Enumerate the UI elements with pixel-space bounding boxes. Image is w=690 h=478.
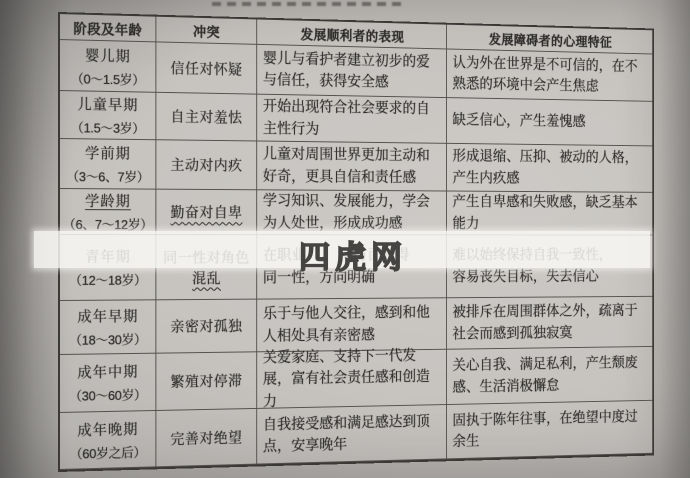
- negative-cell: 被排斥在周围群体之外，疏离于社会而感到孤独寂寞: [447, 297, 652, 350]
- positive-cell: 自我接受感和满足感达到顶点，安享晚年: [257, 405, 447, 465]
- negative-cell: 形成退缩、压抑、被动的人格，产生内疚感: [447, 144, 652, 193]
- conflict-label-bottom-wavy-underlined: 混乱: [192, 267, 221, 288]
- conflict-label: 繁殖对停滞: [170, 370, 242, 392]
- stage-name-underlined: 学龄期: [85, 190, 131, 211]
- negative-text-bottom: 容易丧失目标，失去信心: [452, 266, 598, 288]
- positive-text: 学习知识、发展能力，学会为人处世，形成成功感: [263, 190, 441, 234]
- positive-text: 婴儿与看护者建立初步的爱与信任，获得安全感: [263, 47, 441, 94]
- negative-cell: 固执于陈年往事，在绝望中度过余生: [447, 401, 652, 460]
- conflict-label: 自主对羞怯: [170, 106, 242, 128]
- positive-text: 自我接受感和满足感达到顶点，安享晚年: [263, 410, 441, 458]
- header-conflict: 冲突: [156, 17, 257, 45]
- conflict-label: 信任对怀疑: [170, 57, 242, 79]
- stage-name: 成年晚期: [77, 418, 138, 440]
- positive-cell: 开始出现符合社会要求的自主性行为: [257, 95, 447, 144]
- stage-name: 儿童早期: [77, 93, 138, 115]
- positive-cell: 学习知识、发展能力，学会为人处世，形成成功感: [257, 190, 447, 235]
- age-range: （18～30岁）: [69, 329, 146, 349]
- negative-text: 产生自卑感和失败感，缺乏基本能力: [452, 192, 647, 235]
- age-range: （3～6、7岁）: [66, 166, 149, 186]
- negative-cell: 缺乏信心，产生羞愧感: [447, 98, 652, 146]
- conflict-cell: 完善对绝望: [156, 409, 257, 467]
- stage-name: 学前期: [85, 142, 131, 163]
- stage-name: 成年早期: [77, 305, 138, 326]
- conflict-cell: 信任对怀疑: [156, 42, 257, 94]
- negative-text: 被排斥在周围群体之外，疏离于社会而感到孤独寂寞: [452, 301, 647, 345]
- positive-text: 关爱家庭、支持下一代发展，富有社会责任感和创造力: [263, 345, 441, 413]
- stage-cell: 成年中期 （30～60岁）: [60, 354, 156, 413]
- age-range: （1.5～3岁）: [71, 117, 145, 137]
- conflict-cell: 繁殖对停滞: [156, 352, 257, 411]
- positive-text: 乐于与他人交往，感到和他人相处具有亲密感: [263, 302, 441, 347]
- negative-text: 固执于陈年往事，在绝望中度过余生: [452, 406, 647, 453]
- stage-name: 成年中期: [77, 361, 138, 383]
- age-range: （12～18岁）: [69, 270, 146, 289]
- stage-cell: 婴儿期 （0～1.5岁）: [60, 40, 156, 93]
- negative-cell: 认为外在世界是不可信的，在不熟悉的环境中会产生焦虑: [447, 49, 652, 101]
- negative-cell: 产生自卑感和失败感，缺乏基本能力: [447, 191, 652, 235]
- positive-cell: 婴儿与看护者建立初步的爱与信任，获得安全感: [257, 45, 447, 98]
- stage-name: 婴儿期: [85, 44, 131, 66]
- watermark-text: 四虎网: [299, 232, 407, 277]
- negative-cell: 关心自我、满足私利，产生颓废感、生活消极懈怠: [447, 347, 652, 405]
- positive-cell: 关爱家庭、支持下一代发展，富有社会责任感和创造力: [257, 350, 447, 409]
- stage-cell: 儿童早期 （1.5～3岁）: [60, 91, 156, 140]
- conflict-label-wavy-underlined: 勤奋对自卑: [170, 202, 242, 223]
- conflict-cell: 主动对内疚: [156, 140, 257, 190]
- stage-cell: 学龄期 （6、7～12岁）: [60, 189, 156, 235]
- photographed-textbook-page: 阶段及年龄 冲突 发展顺利者的表现 发展障碍者的心理特征 婴儿期 （0～1.5岁…: [0, 0, 690, 478]
- positive-text: 儿童对周围世界更加主动和好奇，更具自信和责任感: [263, 143, 441, 188]
- conflict-cell: 自主对羞怯: [156, 93, 257, 142]
- age-range: （30～60岁）: [69, 384, 146, 404]
- stage-cell: 学前期 （3～6、7岁）: [60, 139, 156, 190]
- age-range: （0～1.5岁）: [71, 68, 145, 88]
- cropped-caption-glyphs: [212, 2, 404, 6]
- stage-cell: 成年早期 （18～30岁）: [60, 300, 156, 355]
- conflict-label: 主动对内疚: [170, 154, 242, 175]
- negative-text: 形成退缩、压抑、被动的人格，产生内疚感: [452, 146, 647, 190]
- conflict-label: 亲密对孤独: [170, 315, 242, 336]
- conflict-cell: 亲密对孤独: [156, 300, 257, 354]
- positive-text: 开始出现符合社会要求的自主性行为: [263, 96, 441, 142]
- negative-text: 认为外在世界是不可信的，在不熟悉的环境中会产生焦虑: [452, 52, 647, 98]
- negative-text: 关心自我、满足私利，产生颓废感、生活消极懈怠: [452, 353, 647, 399]
- header-stage-age: 阶段及年龄: [60, 14, 156, 42]
- stage-cell: 成年晚期 （60岁之后）: [60, 411, 156, 470]
- conflict-cell: 勤奋对自卑: [156, 190, 257, 236]
- positive-cell: 儿童对周围世界更加主动和好奇，更具自信和责任感: [257, 141, 447, 191]
- age-range: （60岁之后）: [70, 441, 146, 462]
- conflict-label: 完善对绝望: [170, 426, 242, 448]
- negative-text: 缺乏信心，产生羞愧感: [452, 110, 585, 133]
- cropped-caption: [212, 0, 404, 6]
